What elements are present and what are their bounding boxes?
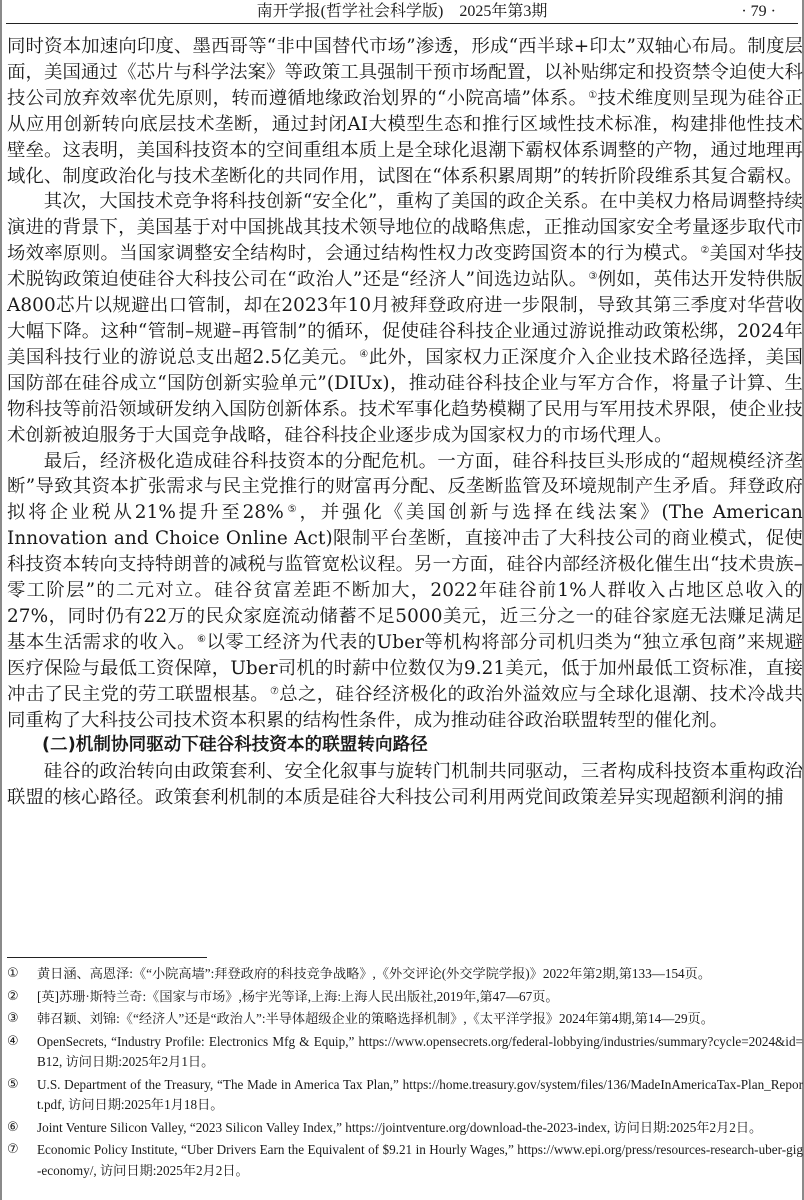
footnotes-list: ① 黄日涵、高恩泽:《“小院高墙”:拜登政府的科技竞争战略》,《外交评论(外交学…	[7, 964, 803, 1183]
paragraph-text: ，并强化《美国创新与选择在线法案》(The American Innovatio…	[7, 502, 803, 653]
section-subheading: (二)机制协同驱动下硅谷科技资本的联盟转向路径	[7, 733, 803, 759]
footnote-item: ② [英]苏珊·斯特兰奇:《国家与市场》,杨宇光等译,上海:上海人民出版社,20…	[7, 987, 803, 1008]
footnote-ref-1[interactable]: ①	[588, 90, 597, 101]
footnote-text[interactable]: Joint Venture Silicon Valley, “2023 Sili…	[37, 1118, 803, 1139]
footnote-marker: ①	[7, 964, 37, 985]
footnote-item: ⑦ Economic Policy Institute, “Uber Drive…	[7, 1140, 803, 1181]
footnote-marker: ③	[7, 1009, 37, 1030]
footnote-marker: ⑦	[7, 1140, 37, 1181]
paragraph-finally: 最后，经济极化造成硅谷科技资本的分配危机。一方面，硅谷科技巨头形成的“超规模经济…	[7, 449, 803, 734]
running-header: 南开学报(哲学社会科学版) 2025年第3期 · 79 ·	[6, 0, 798, 24]
footnote-divider	[7, 957, 207, 958]
footnote-item: ⑤ U.S. Department of the Treasury, “The …	[7, 1075, 803, 1116]
footnote-text[interactable]: OpenSecrets, “Industry Profile: Electron…	[37, 1032, 803, 1073]
footnote-item: ⑥ Joint Venture Silicon Valley, “2023 Si…	[7, 1118, 803, 1139]
footnote-text: 黄日涵、高恩泽:《“小院高墙”:拜登政府的科技竞争战略》,《外交评论(外交学院学…	[37, 964, 803, 985]
journal-page: 南开学报(哲学社会科学版) 2025年第3期 · 79 · 同时资本加速向印度、…	[0, 0, 804, 1200]
footnote-marker: ④	[7, 1032, 37, 1073]
footnote-marker: ⑥	[7, 1118, 37, 1139]
footnote-ref-5[interactable]: ⑤	[285, 504, 300, 515]
footnote-item: ① 黄日涵、高恩泽:《“小院高墙”:拜登政府的科技竞争战略》,《外交评论(外交学…	[7, 964, 803, 985]
paragraph-secondly: 其次，大国技术竞争将科技创新“安全化”，重构了美国的政企关系。在中美权力格局调整…	[7, 189, 803, 448]
footnote-ref-7[interactable]: ⑦	[270, 686, 279, 697]
page-number: · 79 ·	[741, 0, 776, 23]
journal-title: 南开学报(哲学社会科学版) 2025年第3期	[6, 0, 798, 23]
article-body: 同时资本加速向印度、墨西哥等“非中国替代市场”渗透，形成“西半球+印太”双轴心布…	[7, 34, 803, 811]
footnote-marker: ⑤	[7, 1075, 37, 1116]
footnote-text[interactable]: Economic Policy Institute, “Uber Drivers…	[37, 1140, 803, 1181]
footnote-text: [英]苏珊·斯特兰奇:《国家与市场》,杨宇光等译,上海:上海人民出版社,2019…	[37, 987, 803, 1008]
footnote-item: ③ 韩召颖、刘锦:《“经济人”还是“政治人”:半导体超级企业的策略选择机制》,《…	[7, 1009, 803, 1030]
paragraph-text: 其次，大国技术竞争将科技创新“安全化”，重构了美国的政企关系。在中美权力格局调整…	[7, 191, 803, 264]
footnote-text[interactable]: U.S. Department of the Treasury, “The Ma…	[37, 1075, 803, 1116]
footnote-ref-3[interactable]: ③	[588, 271, 597, 282]
footnote-ref-2[interactable]: ②	[700, 245, 709, 256]
footnote-ref-4[interactable]: ④	[359, 349, 368, 360]
footnote-ref-6[interactable]: ⑥	[197, 634, 206, 645]
footnote-marker: ②	[7, 987, 37, 1008]
paragraph-continued: 同时资本加速向印度、墨西哥等“非中国替代市场”渗透，形成“西半球+印太”双轴心布…	[7, 34, 803, 189]
footnote-text: 韩召颖、刘锦:《“经济人”还是“政治人”:半导体超级企业的策略选择机制》,《太平…	[37, 1009, 803, 1030]
footnote-item: ④ OpenSecrets, “Industry Profile: Electr…	[7, 1032, 803, 1073]
paragraph-mechanism: 硅谷的政治转向由政策套利、安全化叙事与旋转门机制共同驱动，三者构成科技资本重构政…	[7, 759, 803, 811]
